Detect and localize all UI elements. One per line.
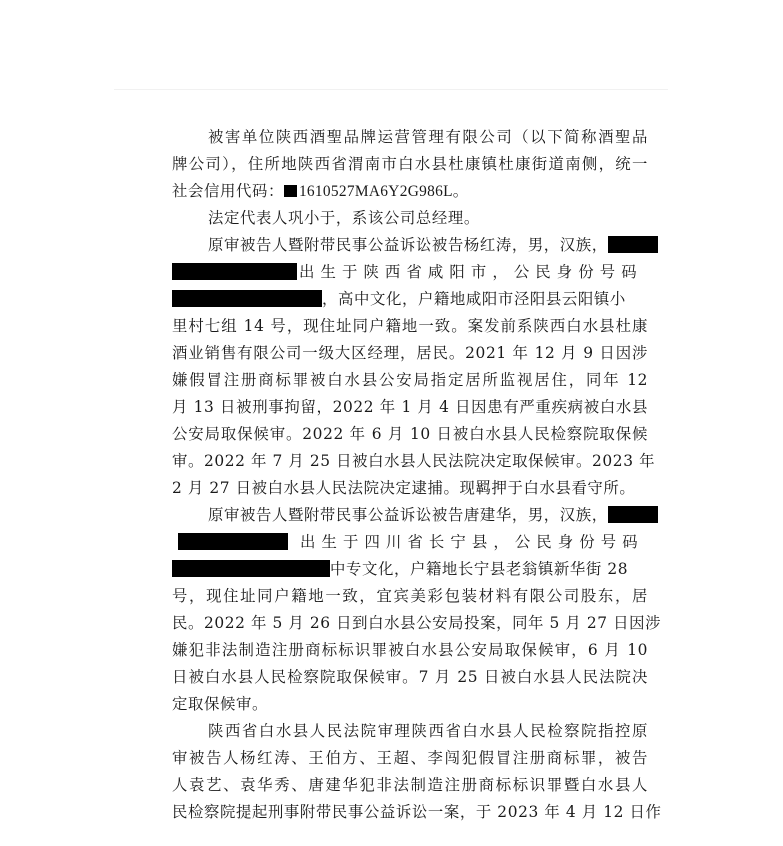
paragraph-yang-line-8: 公安局取保候审。2022 年 6 月 10 日被白水县人民检察院取保候 <box>172 421 648 447</box>
tang-intro-text: 原审被告人暨附带民事公益诉讼被告唐建华，男，汉族， <box>208 506 608 524</box>
tang-education-text: 中专文化，户籍地长宁县老翁镇新华街 28 <box>330 560 628 578</box>
redaction-birthdate-cont <box>172 263 297 280</box>
paragraph-yang-line-5: 酒业销售有限公司一级大区经理，居民。2021 年 12 月 9 日因涉 <box>172 340 648 366</box>
paragraph-case-line-2: 审被告人杨红涛、王伯方、王超、李闯犯假冒注册商标罪，被告 <box>172 745 648 771</box>
yang-intro-text: 原审被告人暨附带民事公益诉讼被告杨红涛，男，汉族， <box>208 236 608 254</box>
redaction-id-number <box>172 560 330 577</box>
paragraph-case-line-4: 民检察院提起刑事附带民事公益诉讼一案，于 2023 年 4 月 12 日作 <box>172 799 648 825</box>
yang-birthplace-text: 出 生 于 陕 西 省 咸 阳 市 ， 公 民 身 份 号 码 <box>299 263 637 281</box>
credit-code-label: 社会信用代码： <box>172 182 284 200</box>
paragraph-case-line-3: 人袁艺、袁华秀、唐建华犯非法制造注册商标标识罪暨白水县人 <box>172 772 648 798</box>
paragraph-victim-line-2: 牌公司），住所地陕西省渭南市白水县杜康镇杜康街道南侧，统一 <box>172 151 648 177</box>
paragraph-tang-line-1: 原审被告人暨附带民事公益诉讼被告唐建华，男，汉族， <box>172 502 658 528</box>
yang-education-text: ，高中文化，户籍地咸阳市泾阳县云阳镇小 <box>322 290 626 308</box>
paragraph-yang-line-4: 里村七组 14 号，现住址同户籍地一致。案发前系陕西白水县杜康 <box>172 313 648 339</box>
paragraph-yang-line-9: 审。2022 年 7 月 25 日被白水县人民法院决定取保候审。2023 年 <box>172 448 648 474</box>
paragraph-legal-rep: 法定代表人巩小于，系该公司总经理。 <box>172 205 480 231</box>
redaction-birthdate <box>608 506 658 523</box>
credit-code-value: 1610527MA6Y2G986L。 <box>299 183 469 200</box>
paragraph-yang-line-6: 嫌假冒注册商标罪被白水县公安局指定居所监视居住，同年 12 <box>172 367 648 393</box>
paragraph-tang-line-8: 定取保候审。 <box>172 691 268 717</box>
paragraph-yang-line-7: 月 13 日被刑事拘留，2022 年 1 月 4 日因患有严重疾病被白水县 <box>172 394 648 420</box>
redaction-mark <box>284 185 297 197</box>
paragraph-case-line-1: 陕西省白水县人民法院审理陕西省白水县人民检察院指控原 <box>172 718 648 744</box>
redaction-id-number <box>172 290 322 307</box>
paragraph-yang-line-3: ，高中文化，户籍地咸阳市泾阳县云阳镇小 <box>172 286 626 312</box>
paragraph-yang-line-2: 出 生 于 陕 西 省 咸 阳 市 ， 公 民 身 份 号 码 <box>172 259 637 285</box>
paragraph-tang-line-3: 中专文化，户籍地长宁县老翁镇新华街 28 <box>172 556 628 582</box>
paragraph-yang-line-10: 2 月 27 日被白水县人民法院决定逮捕。现羁押于白水县看守所。 <box>172 475 635 501</box>
paragraph-victim-line-1: 被害单位陕西酒聖品牌运营管理有限公司（以下简称酒聖品 <box>172 124 648 150</box>
redaction-birthdate-cont <box>178 533 288 550</box>
paragraph-tang-line-7: 日被白水县人民检察院取保候审。7 月 25 日被白水县人民法院决 <box>172 664 648 690</box>
paragraph-tang-line-2: 出 生 于 四 川 省 长 宁 县 ， 公 民 身 份 号 码 <box>172 529 638 555</box>
paragraph-victim-line-3: 社会信用代码：1610527MA6Y2G986L。 <box>172 178 469 204</box>
paragraph-tang-line-4: 号，现住址同户籍地一致，宜宾美彩包装材料有限公司股东，居 <box>172 583 648 609</box>
paragraph-tang-line-5: 民。2022 年 5 月 26 日到白水县公安局投案，同年 5 月 27 日因涉 <box>172 610 648 636</box>
redaction-birthdate <box>608 236 658 253</box>
page-top-divider <box>114 89 668 90</box>
paragraph-tang-line-6: 嫌犯非法制造注册商标标识罪被白水县公安局取保候审，6 月 10 <box>172 637 648 663</box>
tang-birthplace-text: 出 生 于 四 川 省 长 宁 县 ， 公 民 身 份 号 码 <box>300 533 638 551</box>
paragraph-yang-line-1: 原审被告人暨附带民事公益诉讼被告杨红涛，男，汉族， <box>172 232 658 258</box>
